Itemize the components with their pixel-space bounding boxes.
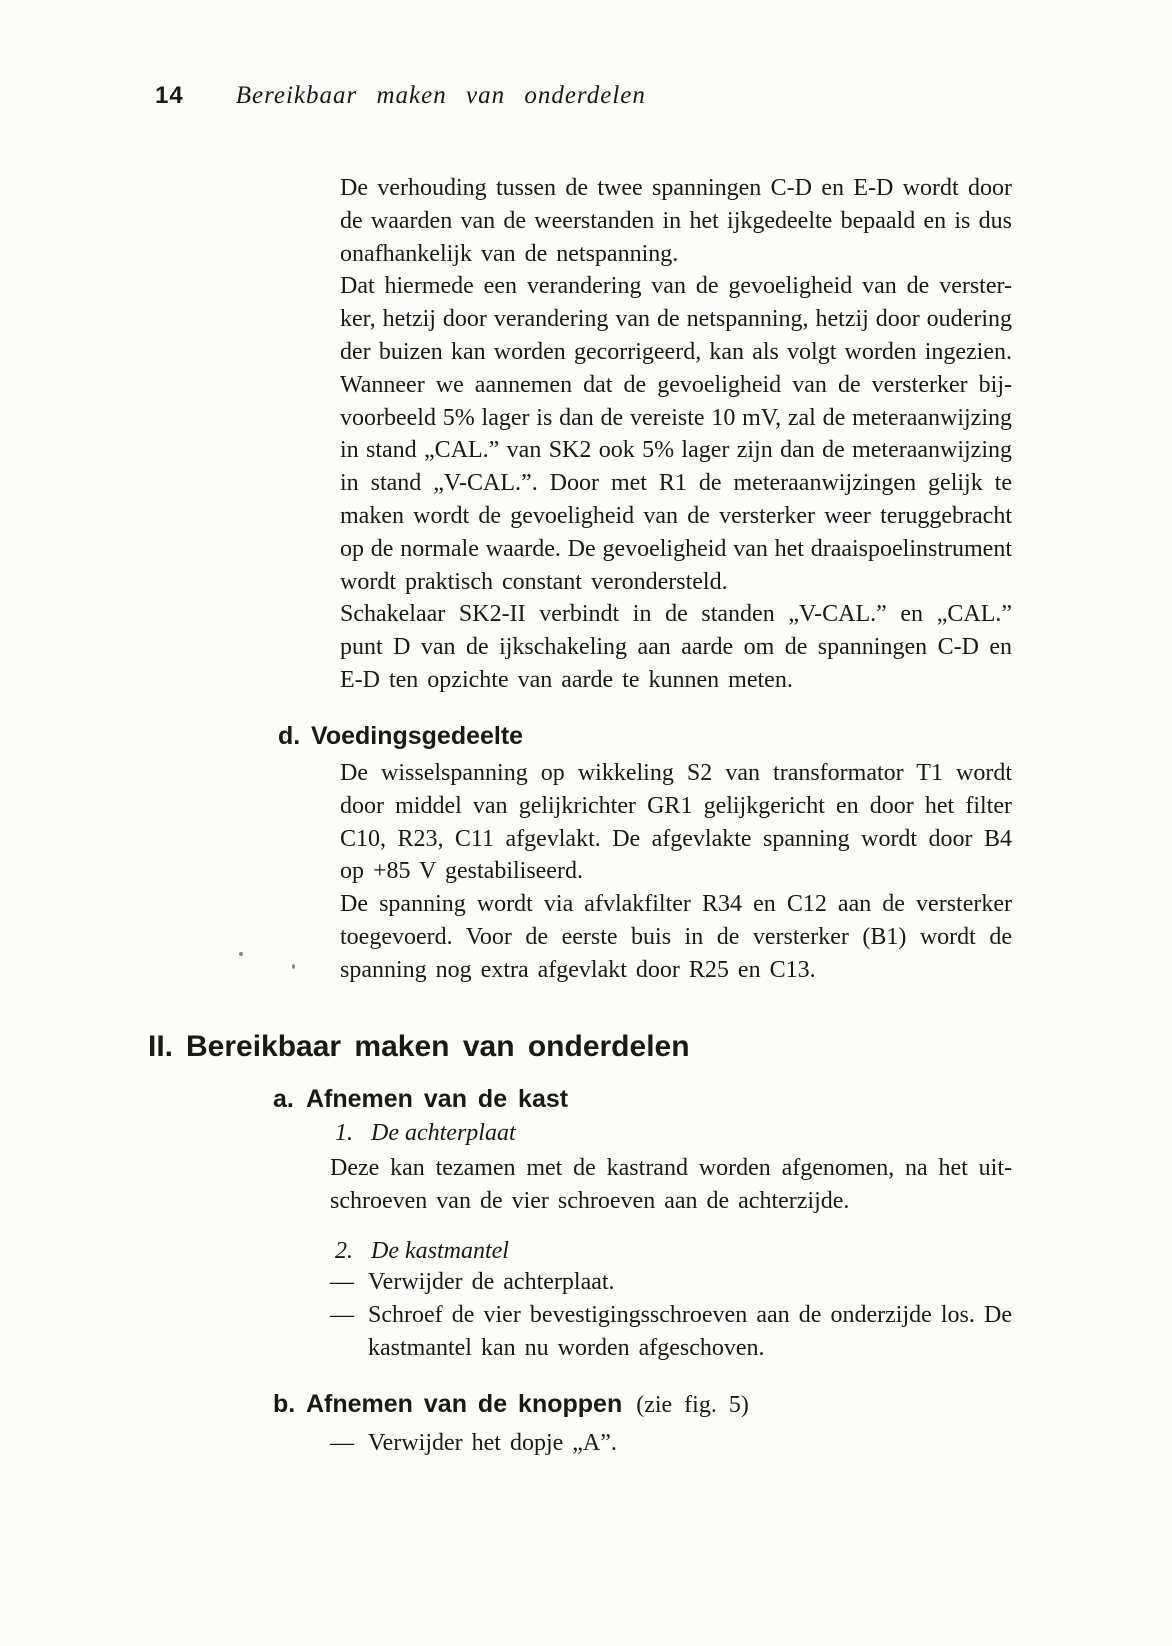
body-line: ker, hetzij door verandering van de nets… [340,303,1012,336]
section-b-bullet: — Verwijder het dopje „A”. [330,1427,1012,1460]
bullet-item: — Verwijder de achterplaat. [330,1266,1012,1299]
section-b-title-suffix: (zie fig. 5) [636,1392,749,1419]
body-line: Verwijder de achterplaat. [368,1266,1012,1299]
body-line: in stand „CAL.” van SK2 ook 5% lager zij… [340,434,1012,467]
body-line: Schroef de vier bevestigingsschroeven aa… [368,1299,1012,1332]
dash-marker: — [330,1427,368,1460]
section-b-title: Afnemen van de knoppen [306,1390,622,1419]
body-line: Wanneer we aannemen dat de gevoeligheid … [340,369,1012,402]
document-page: 14 Bereikbaar maken van onderdelen De ve… [0,0,1172,1646]
section-b-label: b. [273,1390,306,1419]
body-line: Schakelaar SK2-II verbindt in de standen… [340,598,1012,631]
body-line: spanning nog extra afgevlakt door R25 en… [340,954,1012,987]
body-line: maken wordt de gevoeligheid van de verst… [340,500,1012,533]
body-line: wordt praktisch constant verondersteld. [340,566,1012,599]
item-2-number: 2. [335,1238,371,1265]
scan-speck [239,952,243,956]
chapter-2-title: Bereikbaar maken van onderdelen [186,1030,690,1064]
section-d-paragraph-1: De wisselspanning op wikkeling S2 van tr… [340,757,1012,888]
page-number: 14 [155,82,184,110]
body-line: kastmantel kan nu worden afgeschoven. [368,1332,1012,1365]
bullet-item: — Schroef de vier bevestigingsschroeven … [330,1299,1012,1365]
body-line: de waarden van de weerstanden in het ijk… [340,205,1012,238]
body-line: in stand „V-CAL.”. Door met R1 de metera… [340,467,1012,500]
item-1-number: 1. [335,1120,371,1147]
section-b-heading: b. Afnemen van de knoppen (zie fig. 5) [273,1390,749,1419]
body-line: Deze kan tezamen met de kastrand worden … [330,1152,1012,1185]
section-d-label: d. [278,722,311,751]
body-line: punt D van de ijkschakeling aan aarde om… [340,631,1012,664]
body-line: voorbeeld 5% lager is dan de vereiste 10… [340,402,1012,435]
item-2-title: De kastmantel [371,1238,509,1265]
body-line: toegevoerd. Voor de eerste buis in de ve… [340,921,1012,954]
section-d-paragraph-2: De spanning wordt via afvlakfilter R34 e… [340,888,1012,986]
item-1-subhead: 1. De achterplaat [335,1120,516,1147]
section-a-label: a. [273,1085,306,1114]
body-line: door middel van gelijkrichter GR1 gelijk… [340,790,1012,823]
body-line: De verhouding tussen de twee spanningen … [340,172,1012,205]
intro-paragraphs: De verhouding tussen de twee spanningen … [340,172,1012,697]
section-a-heading: a. Afnemen van de kast [273,1085,568,1114]
scan-speck [292,964,295,969]
body-line: der buizen kan worden gecorrigeerd, kan … [340,336,1012,369]
section-d-title: Voedingsgedeelte [311,722,523,751]
body-line: op +85 V gestabiliseerd. [340,855,1012,888]
item-2-bullets: — Verwijder de achterplaat. — Schroef de… [330,1266,1012,1364]
body-line: E-D ten opzichte van aarde te kunnen met… [340,664,1012,697]
item-2-subhead: 2. De kastmantel [335,1238,509,1265]
dash-marker: — [330,1299,368,1332]
chapter-2-heading: II. Bereikbaar maken van onderdelen [148,1030,690,1064]
body-line: De spanning wordt via afvlakfilter R34 e… [340,888,1012,921]
section-d-heading: d. Voedingsgedeelte [278,722,523,751]
running-header: 14 Bereikbaar maken van onderdelen [155,82,646,110]
bullet-item: — Verwijder het dopje „A”. [330,1427,1012,1460]
section-a-title: Afnemen van de kast [306,1085,568,1114]
body-line: op de normale waarde. De gevoeligheid va… [340,533,1012,566]
body-line: C10, R23, C11 afgevlakt. De afgevlakte s… [340,823,1012,856]
body-line: De wisselspanning op wikkeling S2 van tr… [340,757,1012,790]
chapter-2-label: II. [148,1030,186,1064]
body-line: Dat hiermede een verandering van de gevo… [340,270,1012,303]
body-line: onafhankelijk van de netspanning. [340,238,1012,271]
dash-marker: — [330,1266,368,1299]
body-line: Verwijder het dopje „A”. [368,1427,1012,1460]
item-1-paragraph: Deze kan tezamen met de kastrand worden … [330,1152,1012,1218]
item-1-title: De achterplaat [371,1120,516,1147]
body-line: schroeven van de vier schroeven aan de a… [330,1185,1012,1218]
running-title: Bereikbaar maken van onderdelen [236,82,646,110]
